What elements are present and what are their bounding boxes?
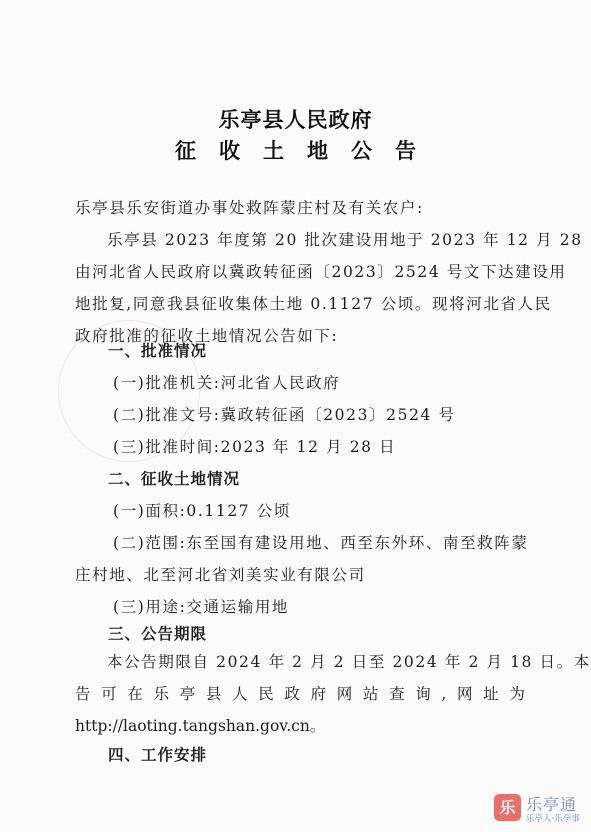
- notice-page: 乐亭县人民政府 征收土地公告 乐亭县乐安街道办事处救阵蒙庄村及有关农户: 乐亭县…: [0, 0, 591, 832]
- section-heading-period: 三、公告期限: [108, 624, 558, 644]
- section-heading-approval: 一、批准情况: [108, 341, 558, 361]
- section-heading-work-arrangement: 四、工作安排: [108, 745, 558, 765]
- approval-document-number: (二)批准文号:冀政转征函〔2023〕2524 号: [113, 405, 563, 425]
- period-line-1: 本公告期限自 2024 年 2 月 2 日至 2024 年 2 月 18 日。本…: [107, 652, 557, 672]
- watermark-slogan: 乐亭人·乐亭事: [526, 812, 580, 824]
- land-use: (三)用途:交通运输用地: [113, 597, 563, 617]
- watermark-logo: 乐 乐亭通 乐亭人·乐亭事: [494, 794, 586, 826]
- section-heading-land: 二、征收土地情况: [108, 469, 558, 489]
- government-website-link[interactable]: http://laoting.tangshan.gov.cn。: [75, 716, 525, 736]
- intro-line-2: 由河北省人民政府以冀政转征函〔2023〕2524 号文下达建设用: [75, 262, 525, 282]
- land-boundary-line-1: (二)范围:东至国有建设用地、西至东外环、南至救阵蒙: [113, 533, 563, 553]
- intro-line-1: 乐亭县 2023 年度第 20 批次建设用地于 2023 年 12 月 28 日…: [107, 230, 557, 250]
- intro-line-3: 地批复,同意我县征收集体土地 0.1127 公顷。现将河北省人民: [75, 294, 525, 314]
- approval-authority: (一)批准机关:河北省人民政府: [113, 373, 563, 393]
- period-line-2: 告 可 在 乐 亭 县 人 民 政 府 网 站 查 询 , 网 址 为: [75, 684, 525, 704]
- issuer-title: 乐亭县人民政府: [0, 104, 591, 134]
- app-logo-icon: 乐: [494, 794, 521, 821]
- land-boundary-line-2: 庄村地、北至河北省刘美实业有限公司: [75, 565, 525, 585]
- approval-date: (三)批准时间:2023 年 12 月 28 日: [113, 437, 563, 457]
- salutation: 乐亭县乐安街道办事处救阵蒙庄村及有关农户:: [75, 198, 525, 218]
- notice-title: 征收土地公告: [0, 135, 591, 165]
- land-area: (一)面积:0.1127 公顷: [113, 501, 563, 521]
